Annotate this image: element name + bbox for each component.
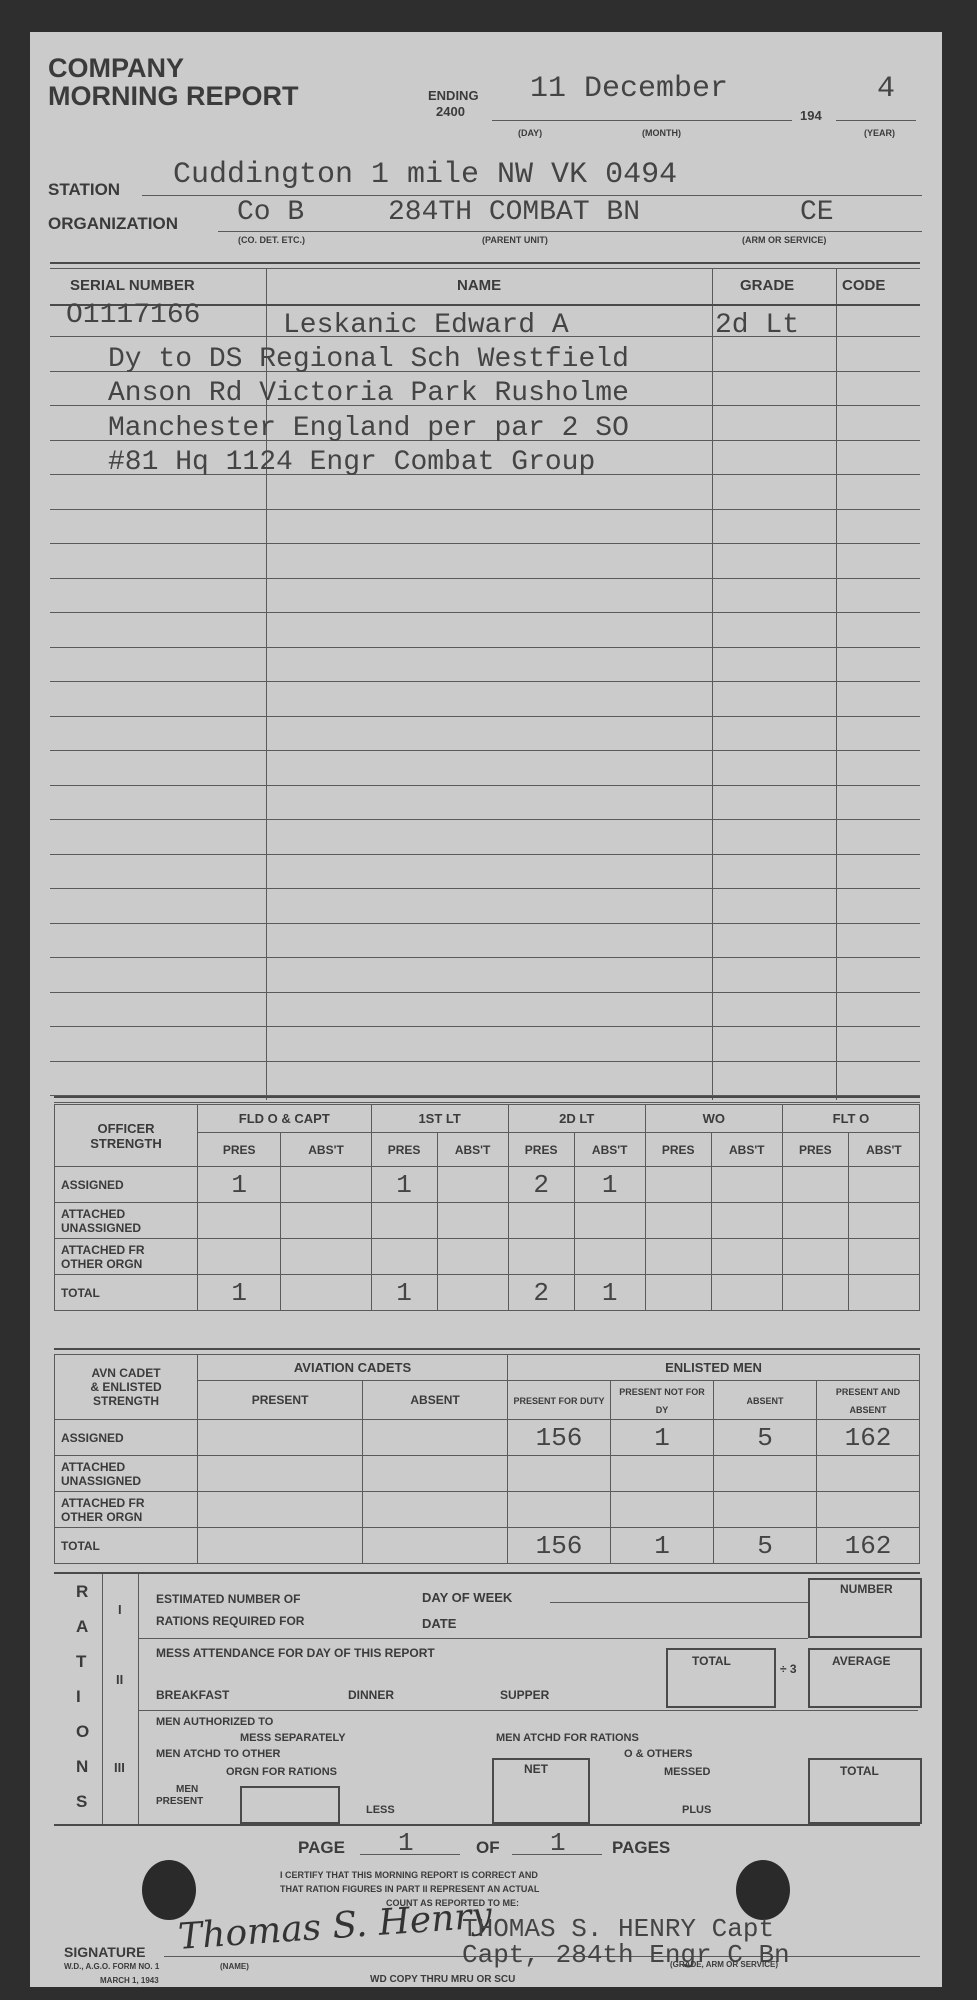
row-label-2: OTHER ORGN [61, 1257, 196, 1271]
company-caption: (CO. DET. ETC.) [238, 235, 305, 245]
section-1-rule [138, 1638, 808, 1639]
group-2d-lt: 2D LT [559, 1111, 594, 1126]
form-title-line2: MORNING REPORT [48, 82, 299, 110]
ending-time: 2400 [436, 104, 465, 119]
men-authorized-1: MEN AUTHORIZED TO [156, 1716, 273, 1728]
total-pages: 1 [550, 1828, 566, 1858]
rations-letter: O [76, 1722, 89, 1742]
roster-ruled-line [50, 957, 920, 958]
mess-attendance-label: MESS ATTENDANCE FOR DAY OF THIS REPORT [156, 1646, 435, 1660]
divide-by-three: ÷ 3 [780, 1662, 797, 1676]
roster-ruled-line [50, 923, 920, 924]
section-3-total-label: TOTAL [840, 1764, 879, 1778]
em-subheader: PRESENT FOR DUTY [513, 1396, 604, 1406]
officer-section-rule [54, 1096, 920, 1098]
roster-ruled-line [50, 854, 920, 855]
group-fld-o-capt: FLD O & CAPT [239, 1111, 330, 1126]
entry-grade: 2d Lt [715, 310, 799, 341]
officer-section-rule-2 [54, 1102, 920, 1103]
station-underline [142, 195, 922, 196]
remark-line-3: Manchester England per par 2 SO [108, 413, 629, 444]
average-box[interactable]: AVERAGE [808, 1648, 922, 1708]
enlisted-cell[interactable]: 1 [654, 1531, 670, 1561]
row-label-2: OTHER ORGN [61, 1510, 196, 1524]
officer-title-1: OFFICER [56, 1121, 196, 1136]
av-absent-header: ABSENT [410, 1393, 459, 1407]
remark-line-4: #81 Hq 1124 Engr Combat Group [108, 447, 595, 478]
roster-divider-grade [712, 268, 713, 1100]
dinner-label: DINNER [348, 1688, 394, 1702]
day-of-week-label: DAY OF WEEK [422, 1590, 512, 1605]
em-subheader: PRESENT AND ABSENT [836, 1387, 900, 1415]
rations-letter: R [76, 1582, 88, 1602]
organization-arm: CE [800, 197, 834, 228]
punch-hole-right [736, 1860, 790, 1920]
day-of-week-line [550, 1602, 808, 1603]
roster-ruled-line [50, 612, 920, 613]
roster-ruled-line [50, 578, 920, 579]
row-label: ATTACHED [61, 1207, 196, 1221]
roster-ruled-line [50, 647, 920, 648]
year-prefix: 194 [800, 108, 822, 123]
officer-strength-title: OFFICER STRENGTH [55, 1105, 198, 1167]
men-atchd-other-2: ORGN FOR RATIONS [226, 1766, 337, 1778]
enlisted-row: TOTAL15615162 [55, 1528, 920, 1564]
enlisted-title-3: STRENGTH [56, 1394, 196, 1408]
row-label: TOTAL [61, 1286, 196, 1300]
certify-line-1: I CERTIFY THAT THIS MORNING REPORT IS CO… [280, 1870, 538, 1880]
roster-ruled-line [50, 716, 920, 717]
men-present-1: MEN [176, 1784, 198, 1795]
enlisted-section-rule [54, 1348, 920, 1350]
rations-letter: S [76, 1792, 87, 1812]
enlisted-cell[interactable]: 5 [757, 1423, 773, 1453]
report-year-digit: 4 [877, 72, 895, 106]
row-label: ATTACHED [61, 1460, 196, 1474]
month-caption: (MONTH) [642, 128, 681, 138]
roster-top-rule [50, 262, 920, 264]
officer-cell[interactable]: 1 [602, 1170, 618, 1200]
name-caption: (NAME) [220, 1962, 249, 1971]
enlisted-row: ATTACHEDUNASSIGNED [55, 1456, 920, 1492]
page-number: 1 [398, 1828, 414, 1858]
aviation-cadets-header: AVIATION CADETS [294, 1360, 411, 1375]
av-present-header: PRESENT [252, 1393, 309, 1407]
rations-bottom-rule [54, 1824, 920, 1826]
day-month-underline [492, 120, 792, 121]
officer-title-2: STRENGTH [56, 1136, 196, 1151]
form-title-line1: COMPANY [48, 54, 184, 82]
handwritten-signature: Thomas S. Henry [177, 1895, 493, 1958]
subheader-pres: PRES [525, 1143, 558, 1157]
rations-section-rule [54, 1572, 920, 1574]
subheader-pres: PRES [388, 1143, 421, 1157]
o-others-1: O & OTHERS [624, 1748, 692, 1760]
rations-letter: T [76, 1652, 86, 1672]
row-label: ASSIGNED [61, 1178, 196, 1192]
enlisted-title-1: AVN CADET [56, 1366, 196, 1380]
roster-ruled-line [50, 750, 920, 751]
rations-divider-2 [138, 1574, 139, 1826]
form-number: W.D., A.G.O. FORM NO. 1 [64, 1962, 159, 1971]
section-3-numeral: III [114, 1760, 125, 1775]
officer-cell[interactable]: 1 [396, 1170, 412, 1200]
enlisted-strength-table: AVN CADET & ENLISTED STRENGTH AVIATION C… [54, 1354, 920, 1564]
em-subheader: PRESENT NOT FOR DY [619, 1387, 705, 1415]
enlisted-cell[interactable]: 5 [757, 1531, 773, 1561]
report-day-month: 11 December [530, 72, 728, 106]
plus-label: PLUS [682, 1804, 711, 1816]
section-2-rule [138, 1710, 918, 1711]
arm-caption: (ARM OR SERVICE) [742, 235, 826, 245]
entry-name: Leskanic Edward A [283, 310, 569, 341]
remark-line-1: Dy to DS Regional Sch Westfield [108, 344, 629, 375]
officer-cell[interactable]: 1 [231, 1278, 247, 1308]
roster-ruled-line [50, 888, 920, 889]
net-box[interactable]: NET [492, 1758, 590, 1824]
enlisted-row: ASSIGNED15615162 [55, 1420, 920, 1456]
row-label: ATTACHED FR [61, 1496, 196, 1510]
organization-underline [218, 231, 922, 232]
enlisted-cell[interactable]: 162 [845, 1531, 892, 1561]
o-others-2: MESSED [664, 1766, 710, 1778]
parent-unit-caption: (PARENT UNIT) [482, 235, 548, 245]
day-caption: (DAY) [518, 128, 542, 138]
row-label: ASSIGNED [61, 1431, 196, 1445]
copy-note: WD COPY THRU MRU OR SCU [370, 1974, 515, 1985]
officer-cell[interactable]: 2 [533, 1170, 549, 1200]
enlisted-cell[interactable]: 156 [536, 1531, 583, 1561]
enlisted-strength-title: AVN CADET & ENLISTED STRENGTH [55, 1355, 198, 1420]
section-1-text-1: ESTIMATED NUMBER OF [156, 1592, 300, 1606]
officer-cell[interactable]: 1 [231, 1170, 247, 1200]
roster-ruled-line [50, 1026, 920, 1027]
signature-label: SIGNATURE [64, 1944, 145, 1960]
enlisted-cell[interactable]: 1 [654, 1423, 670, 1453]
group-flt-o: FLT O [833, 1111, 870, 1126]
section-1-numeral: I [118, 1602, 122, 1617]
pages-label: PAGES [612, 1838, 670, 1858]
group-1st-lt: 1ST LT [418, 1111, 460, 1126]
roster-ruled-line [50, 681, 920, 682]
officer-row: ATTACHED FROTHER ORGN [55, 1239, 920, 1275]
section-3-total-box[interactable]: TOTAL [808, 1758, 922, 1824]
officer-cell[interactable]: 2 [533, 1278, 549, 1308]
men-atchd-other-1: MEN ATCHD TO OTHER [156, 1748, 280, 1760]
roster-ruled-line [50, 992, 920, 993]
men-present-2: PRESENT [156, 1796, 203, 1807]
date-label: DATE [422, 1616, 456, 1631]
morning-report-form: COMPANY MORNING REPORT ENDING 2400 11 De… [30, 32, 942, 1987]
subheader-abst: ABS'T [729, 1143, 765, 1157]
less-label: LESS [366, 1804, 395, 1816]
roster-top-rule-2 [50, 268, 920, 269]
mess-total-label: TOTAL [692, 1654, 731, 1668]
rations-letter: A [76, 1617, 88, 1637]
of-label: OF [476, 1838, 500, 1858]
col-header-code: CODE [842, 277, 885, 294]
officer-cell[interactable]: 1 [602, 1278, 618, 1308]
enlisted-cell[interactable]: 162 [845, 1423, 892, 1453]
officer-row: TOTAL1121 [55, 1275, 920, 1311]
row-label: ATTACHED FR [61, 1243, 196, 1257]
ending-label: ENDING [428, 88, 479, 103]
rations-letter: I [76, 1687, 81, 1707]
officer-row: ATTACHEDUNASSIGNED [55, 1203, 920, 1239]
col-header-name: NAME [457, 277, 501, 294]
grade-caption: (GRADE, ARM OR SERVICE) [670, 1960, 778, 1969]
year-underline [836, 120, 916, 121]
entry-serial-number: O1117166 [66, 300, 200, 331]
section-2-numeral: II [116, 1672, 123, 1687]
subheader-abst: ABS'T [455, 1143, 491, 1157]
roster-ruled-line [50, 785, 920, 786]
officer-row: ASSIGNED1121 [55, 1167, 920, 1203]
organization-company: Co B [237, 197, 304, 228]
page-label: PAGE [298, 1838, 345, 1858]
station-value: Cuddington 1 mile NW VK 0494 [173, 158, 677, 192]
number-box[interactable]: NUMBER [808, 1578, 922, 1638]
em-subheader: ABSENT [746, 1396, 783, 1406]
roster-ruled-line [50, 509, 920, 510]
subheader-abst: ABS'T [592, 1143, 628, 1157]
certify-line-2: THAT RATION FIGURES IN PART II REPRESENT… [280, 1884, 539, 1894]
organization-parent-unit: 284TH COMBAT BN [388, 197, 640, 228]
men-authorized-2: MESS SEPARATELY [240, 1732, 346, 1744]
supper-label: SUPPER [500, 1688, 549, 1702]
average-label: AVERAGE [832, 1654, 890, 1668]
col-header-grade: GRADE [740, 277, 794, 294]
officer-cell[interactable]: 1 [396, 1278, 412, 1308]
remark-line-2: Anson Rd Victoria Park Rusholme [108, 378, 629, 409]
net-label: NET [524, 1762, 548, 1776]
roster-ruled-line [50, 819, 920, 820]
row-label-2: UNASSIGNED [61, 1474, 196, 1488]
subheader-pres: PRES [662, 1143, 695, 1157]
subheader-pres: PRES [223, 1143, 256, 1157]
row-label: TOTAL [61, 1539, 196, 1553]
roster-ruled-line [50, 1061, 920, 1062]
number-label: NUMBER [840, 1582, 893, 1596]
enlisted-men-header: ENLISTED MEN [665, 1360, 762, 1375]
officer-rows: ASSIGNED1121ATTACHEDUNASSIGNEDATTACHED F… [55, 1167, 920, 1311]
enlisted-title-2: & ENLISTED [56, 1380, 196, 1394]
group-wo: WO [703, 1111, 725, 1126]
enlisted-row: ATTACHED FROTHER ORGN [55, 1492, 920, 1528]
subheader-abst: ABS'T [866, 1143, 902, 1157]
enlisted-rows: ASSIGNED15615162ATTACHEDUNASSIGNEDATTACH… [55, 1420, 920, 1564]
row-label-2: UNASSIGNED [61, 1221, 196, 1235]
subheader-abst: ABS'T [308, 1143, 344, 1157]
enlisted-cell[interactable]: 156 [536, 1423, 583, 1453]
col-header-serial: SERIAL NUMBER [70, 277, 195, 294]
subheader-pres: PRES [799, 1143, 832, 1157]
section-1-text-2: RATIONS REQUIRED FOR [156, 1614, 304, 1628]
punch-hole-left [142, 1860, 196, 1920]
station-label: STATION [48, 180, 120, 200]
officer-strength-table: OFFICER STRENGTH FLD O & CAPT 1ST LT 2D … [54, 1104, 920, 1311]
men-present-box[interactable] [240, 1786, 340, 1824]
rations-divider-1 [102, 1574, 103, 1826]
year-caption: (YEAR) [864, 128, 895, 138]
roster-ruled-line [50, 543, 920, 544]
rations-letter: N [76, 1757, 88, 1777]
organization-label: ORGANIZATION [48, 214, 178, 234]
breakfast-label: BREAKFAST [156, 1688, 229, 1702]
form-date: MARCH 1, 1943 [100, 1976, 159, 1985]
roster-divider-code [836, 268, 837, 1100]
men-atchd-for-rations: MEN ATCHD FOR RATIONS [496, 1732, 639, 1744]
mess-total-box[interactable]: TOTAL [666, 1648, 776, 1708]
